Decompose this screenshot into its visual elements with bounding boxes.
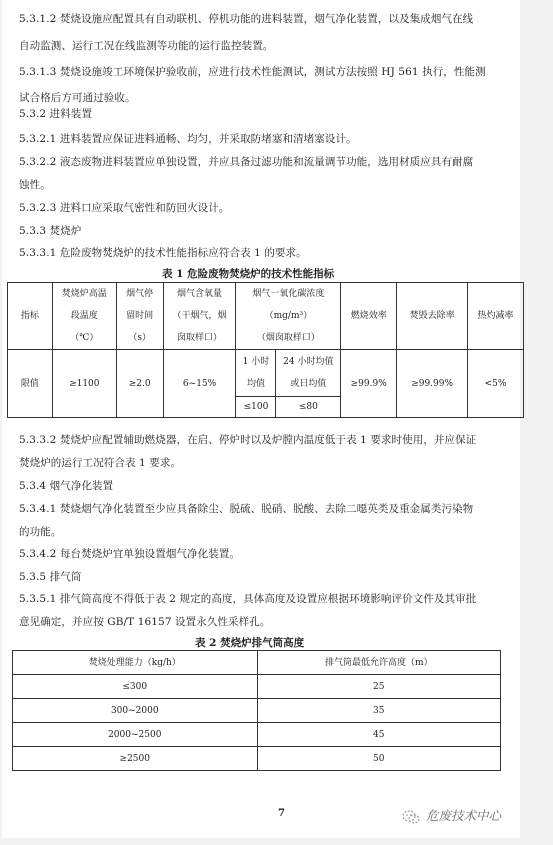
paragraph-5-3-1-3-cont: 试合格后方可通过验收。 — [19, 91, 136, 105]
paragraph-5-3-2-2-cont: 蚀性。 — [19, 178, 51, 192]
table-row: ≥2500 50 — [13, 747, 501, 771]
header-line: （烟囱取样口） — [236, 327, 340, 349]
paragraph-5-3-2-1: 5.3.2.1 进料装置应保证进料通畅、均匀，并采取防堵塞和清堵塞设计。 — [19, 132, 357, 146]
table2-cell-height: 50 — [257, 747, 500, 771]
paragraph-5-3-4-2: 5.3.4.2 每台焚烧炉宜单独设置烟气净化装置。 — [19, 547, 240, 561]
header-line: 烟气停 — [117, 283, 163, 305]
table2-cell-capacity: ≥2500 — [13, 747, 258, 771]
table1-cell-destruction: ≥99.99% — [397, 350, 468, 418]
table2-cell-height: 25 — [257, 675, 500, 699]
paragraph-5-3-5-1-cont: 意见确定，并应按 GB/T 16157 设置永久性采样孔。 — [19, 615, 270, 629]
table1-incinerator-performance: 指标 焚烧炉高温 段温度 （℃） 烟气停 留时间 （s） 烟气含氧量 （干烟气，… — [7, 282, 524, 418]
paragraph-5-3-5-1: 5.3.5.1 排气筒高度不得低于表 2 规定的高度，具体高度及设置应根据环境影… — [19, 592, 476, 606]
paragraph-5-3-3-2: 5.3.3.2 焚烧炉应配置辅助燃烧器，在启、停炉时以及炉膛内温度低于表 1 要… — [19, 433, 476, 447]
table1-header-temp: 焚烧炉高温 段温度 （℃） — [52, 283, 116, 350]
table2-header-capacity: 焚烧处理能力（kg/h） — [13, 651, 258, 675]
table1-cell-co-1h: ≤100 — [236, 397, 276, 418]
heading-5-3-4: 5.3.4 烟气净化装置 — [19, 479, 113, 493]
table1-header-oxygen: 烟气含氧量 （干烟气，烟 囱取样口） — [163, 283, 236, 350]
subheader-line: 或日均值 — [276, 373, 340, 395]
document-page: 5.3.1.2 焚烧设施应配置具有自动联机、停机功能的进料装置，烟气净化装置，以… — [2, 0, 520, 838]
table2-cell-capacity: ≤300 — [13, 675, 258, 699]
page-number: 7 — [278, 808, 285, 819]
table1-cell-temp: ≥1100 — [52, 350, 116, 418]
table1-subheader-co-1h: 1 小时 均值 — [236, 350, 276, 397]
table1-header-co: 烟气一氧化碳浓度 （mg/m³） （烟囱取样口） — [236, 283, 341, 350]
subheader-line: 24 小时均值 — [276, 351, 340, 373]
table1-cell-oxygen: 6~15% — [163, 350, 236, 418]
subheader-line: 均值 — [236, 373, 275, 395]
header-line: 囱取样口） — [164, 327, 236, 349]
table1-cell-ignition-loss: <5% — [468, 350, 524, 418]
paragraph-5-3-2-2: 5.3.2.2 液态废物进料装置应单独设置，并应具备过滤功能和流量调节功能，选用… — [19, 155, 473, 169]
header-line: 烟气一氧化碳浓度 — [236, 283, 340, 305]
watermark-text: 危废技术中心 — [426, 808, 501, 823]
header-line: 留时间 — [117, 305, 163, 327]
table2-cell-height: 45 — [257, 723, 500, 747]
heading-5-3-3: 5.3.3 焚烧炉 — [19, 224, 81, 238]
header-line: （℃） — [53, 327, 116, 349]
table-row: 2000~2500 45 — [13, 723, 501, 747]
table1-caption: 表 1 危险废物焚烧炉的技术性能指标 — [162, 266, 334, 281]
table2-stack-height: 焚烧处理能力（kg/h） 排气筒最低允许高度（m） ≤300 25 300~20… — [12, 650, 501, 771]
table2-cell-capacity: 2000~2500 — [13, 723, 258, 747]
paragraph-5-3-3-2-cont: 焚烧炉的运行工况符合表 1 要求。 — [19, 456, 181, 470]
table2-caption: 表 2 焚烧炉排气筒高度 — [195, 635, 304, 650]
paragraph-5-3-1-2: 5.3.1.2 焚烧设施应配置具有自动联机、停机功能的进料装置，烟气净化装置，以… — [19, 12, 473, 26]
table1-row-label: 限值 — [8, 350, 53, 418]
header-line: 烟气含氧量 — [164, 283, 236, 305]
paragraph-5-3-4-1-cont: 的功能。 — [19, 525, 61, 539]
table1-cell-co-24h: ≤80 — [276, 397, 341, 418]
subheader-line: 1 小时 — [236, 351, 275, 373]
paragraph-5-3-1-3: 5.3.1.3 焚烧设施竣工环境保护验收前，应进行技术性能测试，测试方法按照 H… — [19, 65, 486, 79]
table-row: ≤300 25 — [13, 675, 501, 699]
table1-header-efficiency: 燃烧效率 — [341, 283, 397, 350]
table1-header-indicator: 指标 — [8, 283, 53, 350]
header-line: （s） — [117, 327, 163, 349]
table1-cell-residence: ≥2.0 — [116, 350, 163, 418]
table1-header-residence: 烟气停 留时间 （s） — [116, 283, 163, 350]
heading-5-3-2: 5.3.2 进料装置 — [19, 107, 92, 121]
table2-cell-capacity: 300~2000 — [13, 699, 258, 723]
header-line: （mg/m³） — [236, 305, 340, 327]
table2-cell-height: 35 — [257, 699, 500, 723]
paragraph-5-3-3-1: 5.3.3.1 危险废物焚烧炉的技术性能指标应符合表 1 的要求。 — [19, 246, 307, 260]
table-row: 300~2000 35 — [13, 699, 501, 723]
table1-cell-efficiency: ≥99.9% — [341, 350, 397, 418]
paragraph-5-3-2-3: 5.3.2.3 进料口应采取气密性和防回火设计。 — [19, 201, 229, 215]
header-line: 段温度 — [53, 305, 116, 327]
table2-header-height: 排气筒最低允许高度（m） — [257, 651, 500, 675]
table1-header-ignition-loss: 热灼减率 — [468, 283, 524, 350]
header-line: （干烟气，烟 — [164, 305, 236, 327]
paragraph-5-3-4-1: 5.3.4.1 焚烧烟气净化装置至少应具备除尘、脱硫、脱硝、脱酸、去除二噁英类及… — [19, 502, 473, 516]
watermark: 危废技术中心 — [402, 806, 501, 824]
heading-5-3-5: 5.3.5 排气筒 — [19, 570, 81, 584]
table1-header-destruction: 焚毁去除率 — [397, 283, 468, 350]
wechat-icon — [402, 810, 420, 824]
paragraph-5-3-1-2-cont: 自动监测、运行工况在线监测等功能的运行监控装置。 — [19, 39, 273, 53]
table1-subheader-co-24h: 24 小时均值 或日均值 — [276, 350, 341, 397]
header-line: 焚烧炉高温 — [53, 283, 116, 305]
